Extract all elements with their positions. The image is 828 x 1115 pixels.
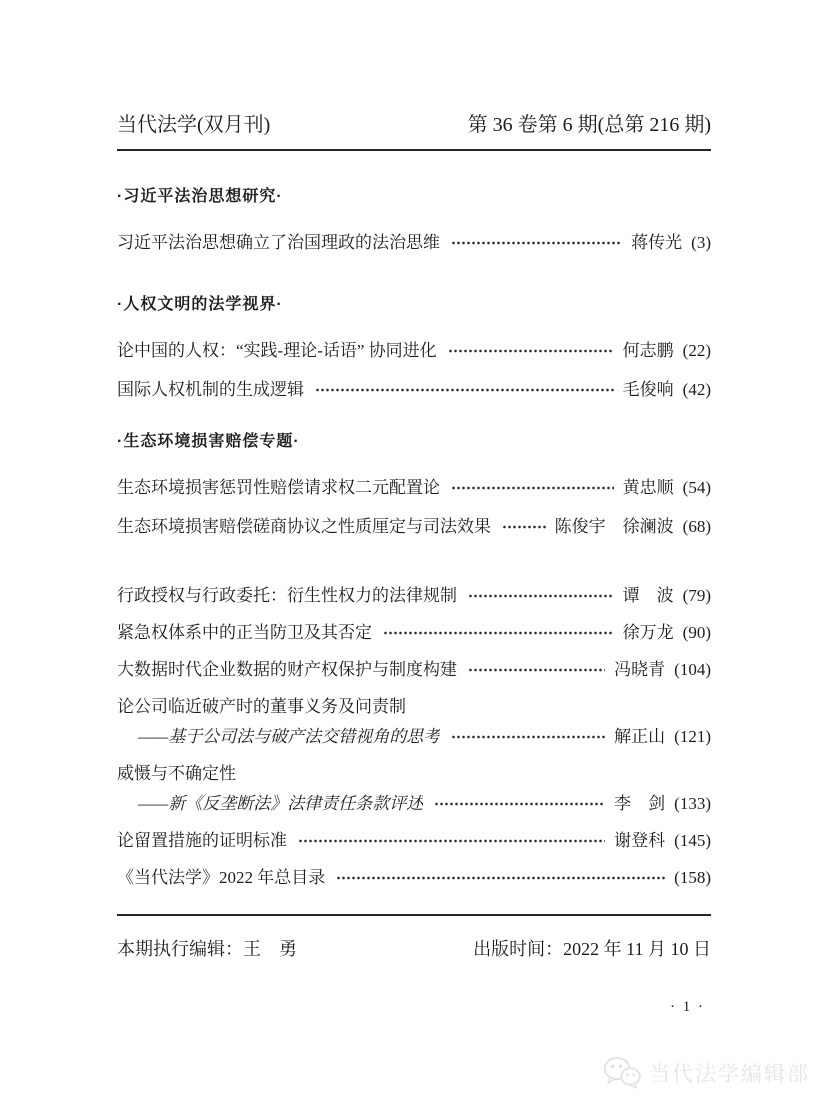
toc-section: ·习近平法治思想研究·习近平法治思想确立了治国理政的法治思维蒋传光(3) xyxy=(117,187,711,253)
issue-info: 第 36 卷第 6 期(总第 216 期) xyxy=(468,112,711,139)
table-of-contents: ·习近平法治思想研究·习近平法治思想确立了治国理政的法治思维蒋传光(3)·人权文… xyxy=(117,187,711,888)
entry-authors: 黄忠顺 xyxy=(623,478,674,498)
dot-leader xyxy=(336,868,665,888)
toc-entry: 大数据时代企业数据的财产权保护与制度构建冯晓青(104) xyxy=(117,660,711,680)
dot-leader xyxy=(468,660,605,680)
publish-date: 出版时间：2022 年 11 月 10 日 xyxy=(473,937,711,961)
toc-entry: 紧急权体系中的正当防卫及其否定徐万龙(90) xyxy=(117,623,711,643)
dot-leader xyxy=(315,380,614,400)
entry-title: 论留置措施的证明标准 xyxy=(117,831,287,851)
section-heading: ·生态环境损害赔偿专题· xyxy=(117,432,711,452)
dot-leader xyxy=(468,586,614,606)
entry-subtitle-row: ——新《反垄断法》法律责任条款评述李 剑(133) xyxy=(117,794,711,814)
entry-authors: 李 剑 xyxy=(614,794,665,814)
entry-page-number: (79) xyxy=(683,586,711,606)
entry-authors: 毛俊响 xyxy=(623,380,674,400)
toc-entry: 生态环境损害惩罚性赔偿请求权二元配置论黄忠顺(54) xyxy=(117,478,711,498)
entry-page-number: (42) xyxy=(683,380,711,400)
entry-title: 《当代法学》2022 年总目录 xyxy=(117,868,325,888)
entry-title: 行政授权与行政委托：衍生性权力的法律规制 xyxy=(117,586,457,606)
entry-page-number: (22) xyxy=(683,341,711,361)
toc-entry: 国际人权机制的生成逻辑毛俊响(42) xyxy=(117,380,711,400)
entry-page-number: (104) xyxy=(674,660,711,680)
entry-title: 威慑与不确定性 xyxy=(117,764,711,784)
dot-leader xyxy=(298,831,605,851)
entry-page-number: (145) xyxy=(674,831,711,851)
entry-subtitle-row: ——基于公司法与破产法交错视角的思考解正山(121) xyxy=(117,727,711,747)
dot-leader xyxy=(383,623,614,643)
footer-rule xyxy=(117,914,711,916)
dot-leader xyxy=(434,794,605,814)
entry-page-number: (121) xyxy=(674,727,711,747)
entry-title: 论公司临近破产时的董事义务及问责制 xyxy=(117,697,711,717)
entry-authors: 解正山 xyxy=(614,727,665,747)
entry-page-number: (68) xyxy=(683,517,711,537)
toc-entry: 论留置措施的证明标准谢登科(145) xyxy=(117,831,711,851)
entry-page-number: (54) xyxy=(683,478,711,498)
toc-entry: 论中国的人权：“实践-理论-话语” 协同进化何志鹏(22) xyxy=(117,341,711,361)
entry-authors: 冯晓青 xyxy=(614,660,665,680)
journal-toc-page: 当代法学(双月刊) 第 36 卷第 6 期(总第 216 期) ·习近平法治思想… xyxy=(0,0,828,1115)
entry-authors: 谢登科 xyxy=(614,831,665,851)
entry-title: 习近平法治思想确立了治国理政的法治思维 xyxy=(117,233,440,253)
header-rule xyxy=(117,149,711,151)
executive-editor: 本期执行编辑：王 勇 xyxy=(117,937,297,961)
toc-section: 行政授权与行政委托：衍生性权力的法律规制谭 波(79)紧急权体系中的正当防卫及其… xyxy=(117,569,711,888)
dot-leader xyxy=(451,233,622,253)
entry-page-number: (90) xyxy=(683,623,711,643)
dot-leader xyxy=(451,727,605,747)
section-heading: ·人权文明的法学视界· xyxy=(117,295,711,315)
entry-authors: 谭 波 xyxy=(623,586,674,606)
entry-authors: 徐万龙 xyxy=(623,623,674,643)
entry-authors: 蒋传光 xyxy=(631,233,682,253)
entry-title: 生态环境损害赔偿磋商协议之性质厘定与司法效果 xyxy=(117,517,491,537)
entry-page-number: (133) xyxy=(674,794,711,814)
entry-title: 生态环境损害惩罚性赔偿请求权二元配置论 xyxy=(117,478,440,498)
dot-leader xyxy=(502,517,546,537)
entry-subtitle: ——基于公司法与破产法交错视角的思考 xyxy=(117,727,440,747)
entry-page-number: (158) xyxy=(674,868,711,888)
watermark-label: 当代法学编辑部 xyxy=(649,1058,810,1088)
wechat-watermark: 当代法学编辑部 xyxy=(603,1056,810,1089)
toc-entry: 习近平法治思想确立了治国理政的法治思维蒋传光(3) xyxy=(117,233,711,253)
journal-title: 当代法学(双月刊) xyxy=(117,112,270,139)
journal-header: 当代法学(双月刊) 第 36 卷第 6 期(总第 216 期) xyxy=(117,112,711,139)
journal-footer: 本期执行编辑：王 勇 出版时间：2022 年 11 月 10 日 xyxy=(117,937,711,961)
entry-authors: 何志鹏 xyxy=(623,341,674,361)
section-heading: ·习近平法治思想研究· xyxy=(117,187,711,207)
entry-title: 论中国的人权：“实践-理论-话语” 协同进化 xyxy=(117,341,437,361)
page-content: 当代法学(双月刊) 第 36 卷第 6 期(总第 216 期) ·习近平法治思想… xyxy=(0,112,828,1015)
toc-section: ·生态环境损害赔偿专题·生态环境损害惩罚性赔偿请求权二元配置论黄忠顺(54)生态… xyxy=(117,432,711,537)
entry-title: 国际人权机制的生成逻辑 xyxy=(117,380,304,400)
page-number: · 1 · xyxy=(117,999,711,1015)
entry-title: 大数据时代企业数据的财产权保护与制度构建 xyxy=(117,660,457,680)
entry-title: 紧急权体系中的正当防卫及其否定 xyxy=(117,623,372,643)
toc-section: ·人权文明的法学视界·论中国的人权：“实践-理论-话语” 协同进化何志鹏(22)… xyxy=(117,295,711,400)
entry-page-number: (3) xyxy=(691,233,711,253)
toc-entry: 生态环境损害赔偿磋商协议之性质厘定与司法效果陈俊宇 徐澜波(68) xyxy=(117,517,711,537)
entry-subtitle: ——新《反垄断法》法律责任条款评述 xyxy=(117,794,423,814)
entry-authors: 陈俊宇 徐澜波 xyxy=(555,517,674,537)
toc-entry: 行政授权与行政委托：衍生性权力的法律规制谭 波(79) xyxy=(117,586,711,606)
dot-leader xyxy=(451,478,614,498)
toc-entry: 《当代法学》2022 年总目录(158) xyxy=(117,868,711,888)
dot-leader xyxy=(448,341,614,361)
wechat-icon xyxy=(603,1056,641,1089)
